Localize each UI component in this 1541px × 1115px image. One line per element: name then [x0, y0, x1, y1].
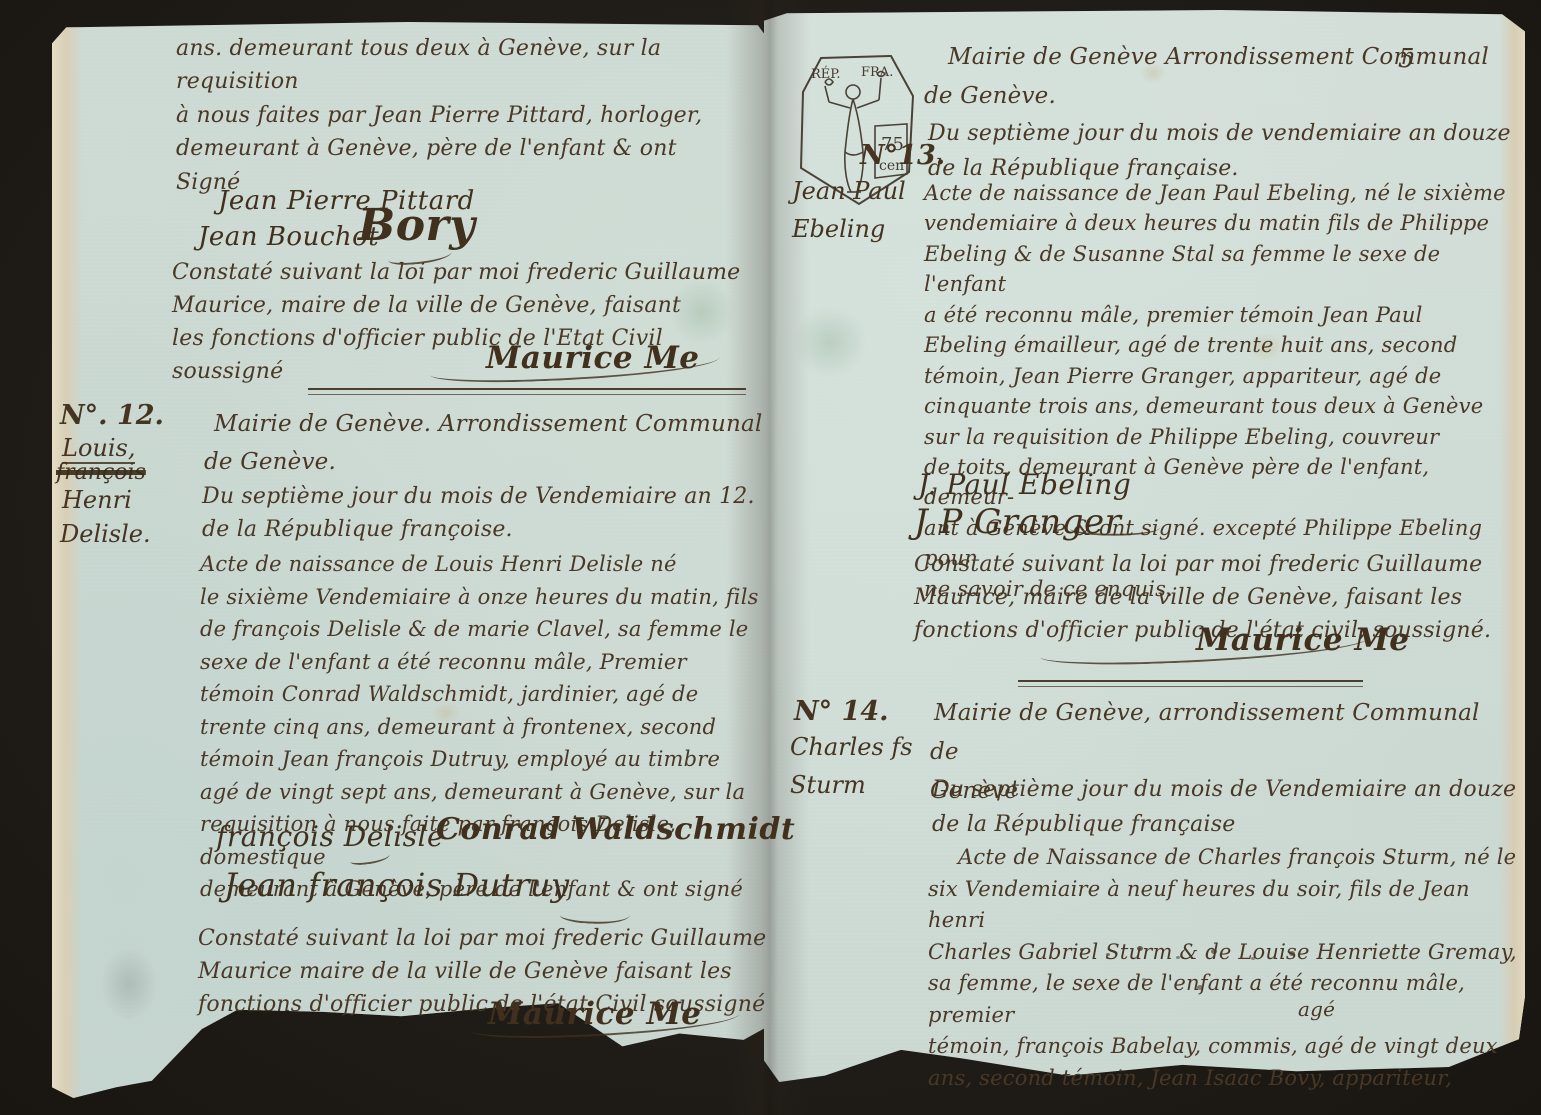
record-14-date: Du septième jour du mois de Vendemiaire … [932, 772, 1522, 842]
record-12-signature-delisle: françois Delisle [216, 820, 444, 853]
record-13-signature-ebeling: J. Paul Ebeling [918, 468, 1131, 501]
record-13-margin-number: N°13. [860, 140, 945, 171]
record-12-margin-name-delisle: Delisle. [60, 520, 151, 548]
record-12-signature-waldschmidt: Conrad Waldschmidt [436, 812, 795, 847]
register-scan: ans. demeurant tous deux à Genève, sur l… [0, 0, 1541, 1115]
record-divider [1018, 680, 1363, 687]
record-12-signature-dutruy: Jean françois Dutruy [224, 866, 570, 904]
record-14-margin-number: N° 14. [794, 696, 889, 727]
record-13-margin-name: Jean Paul Ebeling [792, 172, 906, 249]
record-14-margin-name: Charles fs Sturm [790, 728, 913, 805]
record-11-signature-bouchot: Jean Bouchot [198, 222, 379, 252]
record-12-margin-name-henri: Henri [62, 486, 132, 514]
record-14-catchword: agé [1298, 994, 1335, 1024]
record-13-header: Mairie de Genève Arrondissement Communal… [924, 38, 1504, 116]
record-13-date: Du septième jour du mois de vendemiaire … [928, 116, 1518, 186]
record-12-margin-number: N°. 12. [60, 400, 164, 431]
record-12-margin-name-struck: françois [56, 460, 146, 485]
record-11-signature-bory: Bory [358, 200, 475, 251]
record-12-date: Du septième jour du mois de Vendemiaire … [202, 480, 782, 546]
record-divider [308, 388, 746, 395]
stamp-text-fra: FRA. [861, 65, 893, 80]
record-12-header: Mairie de Genève. Arrondissement Communa… [204, 406, 774, 482]
pencil-smudge [92, 936, 166, 1032]
record-11-body: ans. demeurant tous deux à Genève, sur l… [176, 32, 766, 199]
record-14-body: Acte de Naissance de Charles françois St… [928, 842, 1528, 1094]
stamp-text-rep: RÉP. [811, 66, 841, 82]
